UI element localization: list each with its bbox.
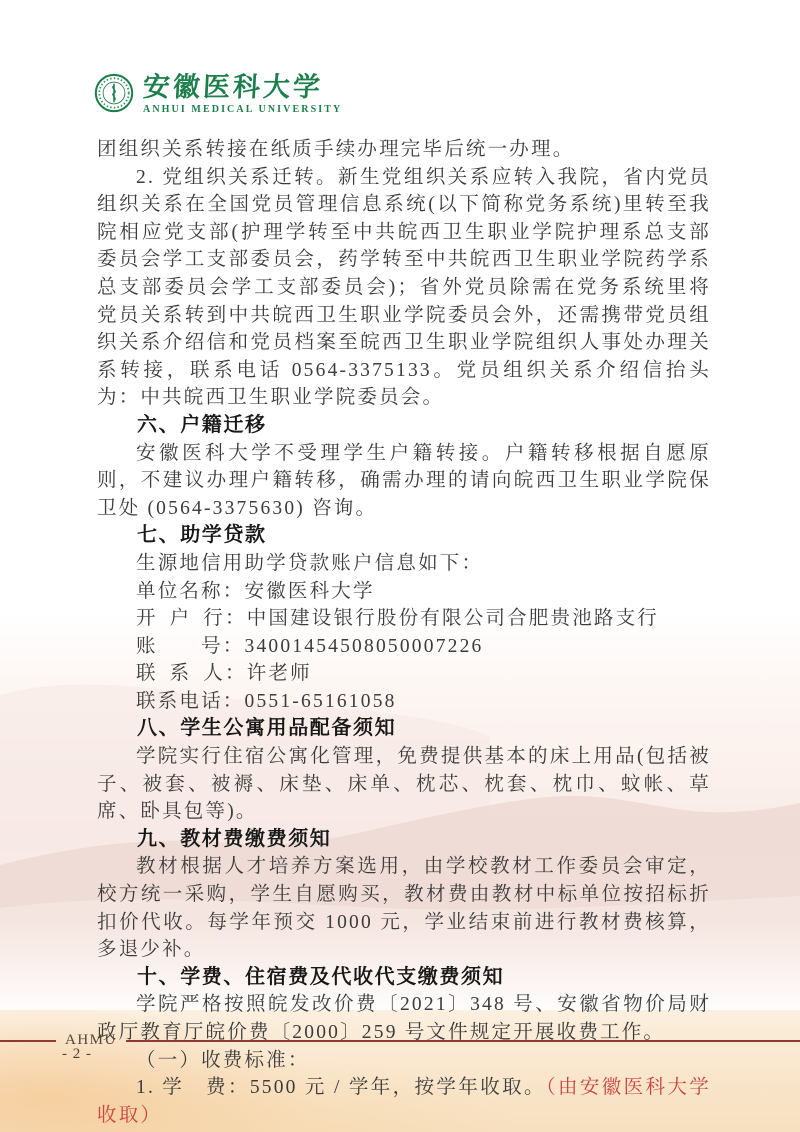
paragraph-party-transfer: 2. 党组织关系迁转。新生党组织关系应转入我院，省内党员组织关系在全国党员管理信… — [97, 164, 711, 412]
section-heading-8: 八、学生公寓用品配备须知 — [97, 715, 711, 743]
section-heading-9: 九、教材费缴费须知 — [97, 826, 711, 854]
paragraph-textbook: 教材根据人才培养方案选用，由学校教材工作委员会审定，校方统一采购，学生自愿购买，… — [97, 853, 711, 963]
tuition-amount-text: 1. 学 费：5500 元 / 学年，按学年收取。 — [136, 1077, 546, 1098]
document-content: 团组织关系转接在纸质手续办理完毕后统一办理。 2. 党组织关系迁转。新生党组织关… — [97, 136, 711, 1129]
paragraph-continuation: 团组织关系转接在纸质手续办理完毕后统一办理。 — [97, 136, 711, 164]
footer-rule: AHMU — [0, 1032, 800, 1049]
page-number: - 2 - — [62, 1046, 92, 1063]
bank-info-row-contact: 联 系 人：许老师 — [97, 660, 711, 688]
section-heading-6: 六、户籍迁移 — [97, 412, 711, 440]
university-name-en: ANHUI MEDICAL UNIVERSITY — [143, 104, 342, 115]
bank-info-row-phone: 联系电话：0551-65161058 — [97, 688, 711, 716]
bank-info-row-name: 单位名称：安徽医科大学 — [97, 578, 711, 606]
document-page: 安徽医科大学 ANHUI MEDICAL UNIVERSITY 团组织关系转接在… — [0, 0, 800, 1132]
footer-rule-right-segment — [126, 1040, 800, 1042]
section-heading-10: 十、学费、住宿费及代收代支缴费须知 — [97, 964, 711, 992]
university-name-cn: 安徽医科大学 — [142, 72, 343, 102]
tuition-line: 1. 学 费：5500 元 / 学年，按学年收取。（由安徽医科大学收取） — [97, 1074, 711, 1129]
fee-standard-label: （一）收费标准： — [97, 1047, 711, 1075]
paragraph-dorm: 学院实行住宿公寓化管理，免费提供基本的床上用品(包括被子、被套、被褥、床垫、床单… — [97, 743, 711, 826]
paragraph-hukou: 安徽医科大学不受理学生户籍转接。户籍转移根据自愿原则，不建议办理户籍转移，确需办… — [97, 440, 711, 523]
bank-info-row-account: 账 号：34001454508050007226 — [97, 633, 711, 661]
section-heading-7: 七、助学贷款 — [97, 522, 711, 550]
bank-info-row-bank: 开 户 行：中国建设银行股份有限公司合肥贵池路支行 — [97, 605, 711, 633]
university-seal-icon — [94, 73, 134, 113]
university-logo: 安徽医科大学 ANHUI MEDICAL UNIVERSITY — [94, 72, 342, 115]
paragraph-loan-intro: 生源地信用助学贷款账户信息如下： — [97, 550, 711, 578]
footer-rule-left-segment — [0, 1040, 56, 1042]
